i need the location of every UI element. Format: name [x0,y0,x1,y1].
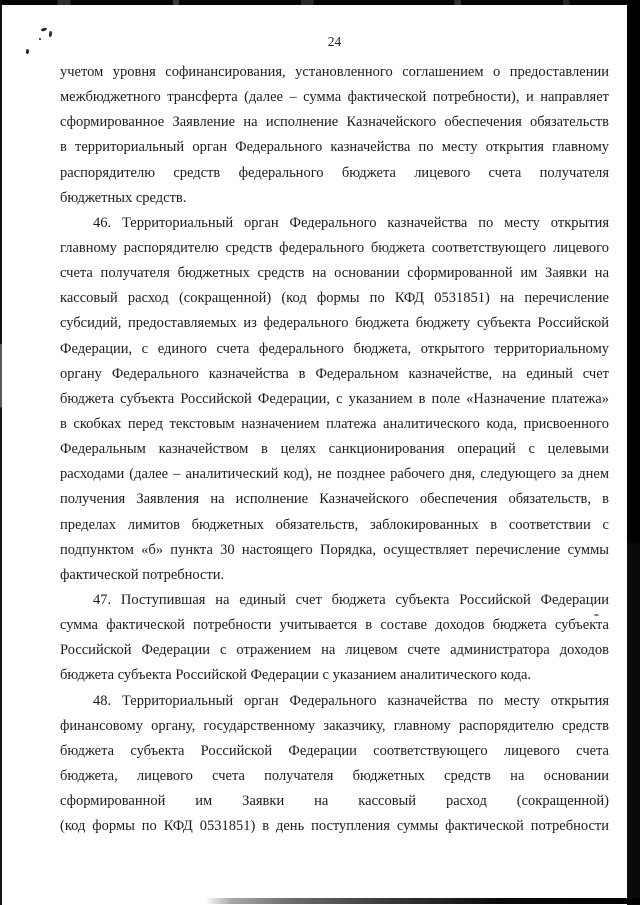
scan-edge-left [0,0,2,905]
text-line: 47. Поступившая на единый счет бюджета с… [60,588,609,613]
scan-edge-bottom [205,898,640,904]
ink-speckle [26,49,30,54]
text-line: бюджета, лицевого счета получателя бюдже… [60,764,609,789]
text-line: органу Федерального казначейства в Федер… [60,362,609,387]
text-line: 48. Территориальный орган Федерального к… [60,689,609,714]
text-line: межбюджетного трансферта (далее – сумма … [60,85,609,110]
text-line: сумма фактической потребности учитываетс… [60,613,609,638]
text-line: бюджета субъекта Российской Федерации, с… [60,387,609,412]
text-line: сформированное Заявление на исполнение К… [60,110,609,135]
text-line: Российской Федерации с отражением на лиц… [60,638,609,663]
text-line: финансовому органу, государственному зак… [60,714,609,739]
page-number: 24 [60,34,609,50]
text-line: кассовый расход (сокращенной) (код формы… [60,286,609,311]
text-line: Федерации, с единого счета федерального … [60,337,609,362]
paragraph: 46. Территориальный орган Федерального к… [60,211,609,588]
text-line: бюджета субъекта Российской Федерации с … [60,663,609,688]
text-line: в территориальный орган Федерального каз… [60,135,609,160]
text-line: счета получателя бюджетных средств на ос… [60,261,609,286]
text-line: бюджета субъекта Российской Федерации со… [60,739,609,764]
text-line: субсидий, предоставляемых из федеральног… [60,311,609,336]
text-line: (код формы по КФД 0531851) в день поступ… [60,814,609,839]
text-line: получения Заявления на исполнение Казнач… [60,487,609,512]
scan-edge-top [0,0,640,5]
ink-speckle [48,31,52,37]
text-line: пределах лимитов бюджетных обязательств,… [60,513,609,538]
text-line: главному распорядителю средств федеральн… [60,236,609,261]
text-line: распорядителю средств федерального бюдже… [60,161,609,186]
paragraph: 48. Территориальный орган Федерального к… [60,689,609,840]
paragraph: учетом уровня софинансирования, установл… [60,60,609,211]
text-line: бюджетных средств. [60,186,609,211]
text-line: в скобках перед текстовым назначением пл… [60,412,609,437]
text-line: сформированной им Заявки на кассовый рас… [60,789,609,814]
scan-edge-right [627,0,640,905]
text-line: подпунктом «б» пункта 30 настоящего Поря… [60,538,609,563]
text-line: учетом уровня софинансирования, установл… [60,60,609,85]
text-line: Федеральным казначейством в целях санкци… [60,437,609,462]
text-line: 46. Территориальный орган Федерального к… [60,211,609,236]
ink-speckle [41,27,48,32]
text-line: расходами (далее – аналитический код), н… [60,462,609,487]
ink-speckle [39,38,41,40]
text-line: фактической потребности. [60,563,609,588]
paragraph: 47. Поступившая на единый счет бюджета с… [60,588,609,689]
document-text: учетом уровня софинансирования, установл… [60,60,609,839]
